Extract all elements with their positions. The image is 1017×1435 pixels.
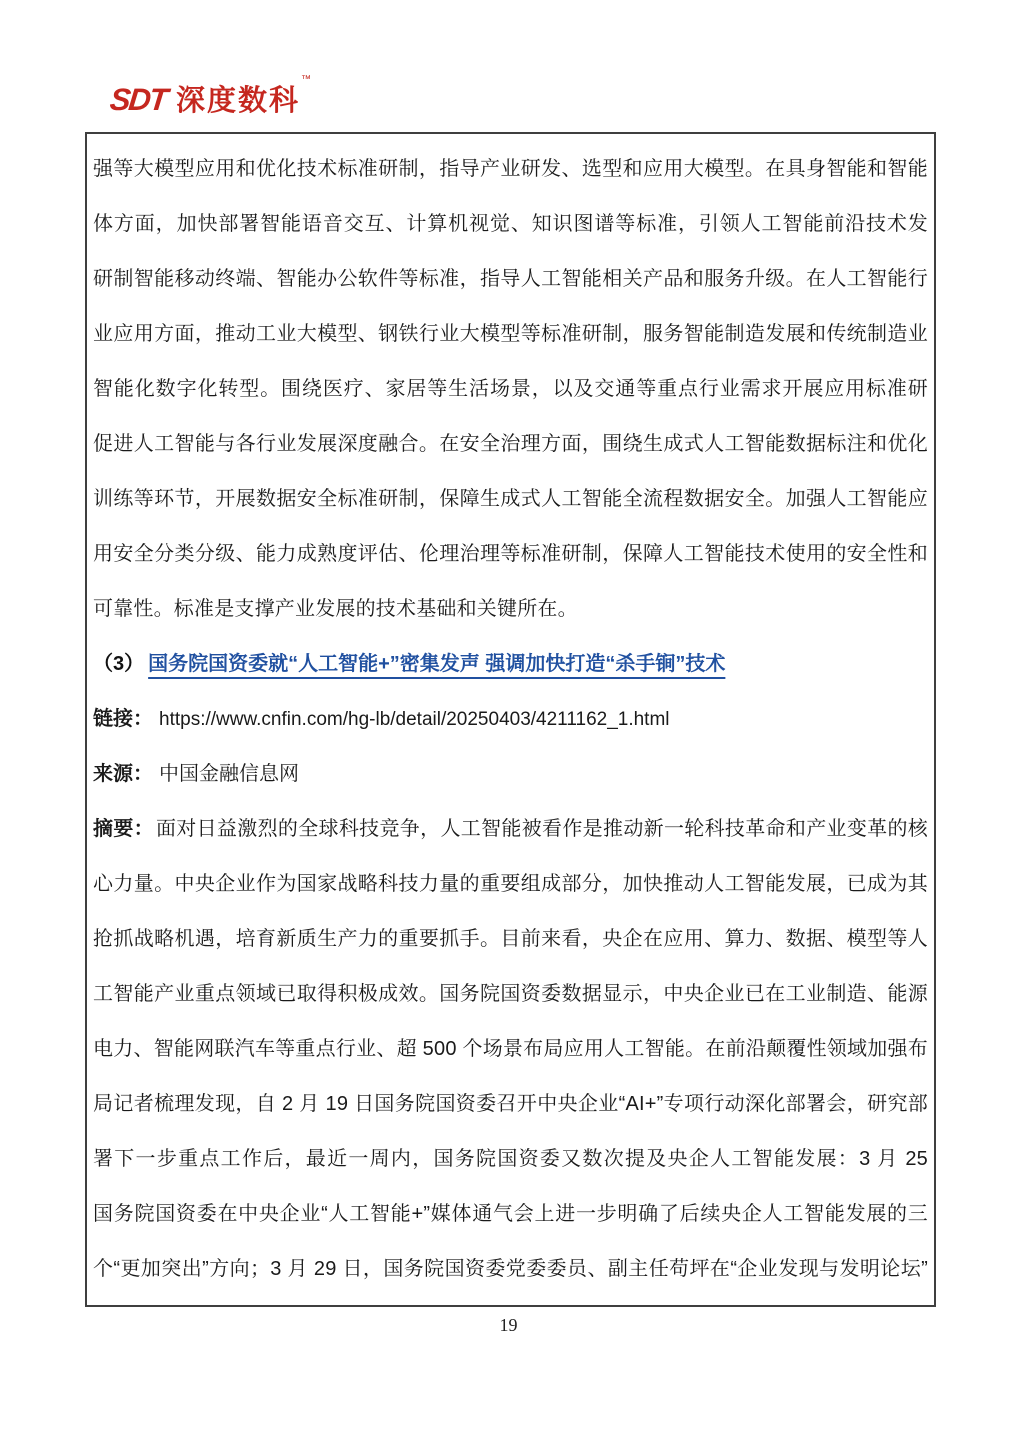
abstract-paragraph: 心力量。中央企业作为国家战略科技力量的重要组成部分，加快推动人工智能发展，已成为… <box>93 857 928 1297</box>
source-row: 来源：中国金融信息网 <box>93 747 928 802</box>
logo-sdt-wordmark: SDT <box>108 82 168 118</box>
company-logo: SDT深度数科™ <box>110 78 310 119</box>
abstract-label: 摘要： <box>93 818 154 840</box>
section-number: （3） <box>93 653 144 675</box>
source-value: 中国金融信息网 <box>159 763 299 785</box>
paragraph-line: 电力、智能网联汽车等重点行业、超 500 个场景布局应用人工智能。在前沿颠覆性领… <box>93 1022 928 1077</box>
paragraph-line: 心力量。中央企业作为国家战略科技力量的重要组成部分，加快推动人工智能发展，已成为… <box>93 857 928 912</box>
paragraph-line: 强等大模型应用和优化技术标准研制，指导产业研发、选型和应用大模型。在具身智能和智… <box>93 142 928 197</box>
paragraph-line: 训练等环节，开展数据安全标准研制，保障生成式人工智能全流程数据安全。加强人工智能… <box>93 472 928 527</box>
paragraph-line: 署下一步重点工作后，最近一周内，国务院国资委又数次提及央企人工智能发展：3 月 … <box>93 1132 928 1187</box>
paragraph-line: 智能化数字化转型。围绕医疗、家居等生活场景，以及交通等重点行业需求开展应用标准研… <box>93 362 928 417</box>
source-label: 来源： <box>93 763 153 785</box>
document-content-box: 强等大模型应用和优化技术标准研制，指导产业研发、选型和应用大模型。在具身智能和智… <box>85 132 936 1307</box>
link-label: 链接： <box>93 708 153 730</box>
paragraph-line: 局记者梳理发现，自 2 月 19 日国务院国资委召开中央企业“AI+”专项行动深… <box>93 1077 928 1132</box>
paragraph-line: 个“更加突出”方向；3 月 29 日，国务院国资委党委委员、副主任苟坪在“企业发… <box>93 1242 928 1297</box>
page-number: 19 <box>0 1315 1017 1336</box>
paragraph-line: 国务院国资委在中央企业“人工智能+”媒体通气会上进一步明确了后续央企人工智能发展… <box>93 1187 928 1242</box>
paragraph-line: 促进人工智能与各行业发展深度融合。在安全治理方面，围绕生成式人工智能数据标注和优… <box>93 417 928 472</box>
paragraph-line: 可靠性。标准是支撑产业发展的技术基础和关键所在。 <box>93 582 928 637</box>
paragraph-line: 业应用方面，推动工业大模型、钢铁行业大模型等标准研制，服务智能制造发展和传统制造… <box>93 307 928 362</box>
paragraph-line: 抢抓战略机遇，培育新质生产力的重要抓手。目前来看，央企在应用、算力、数据、模型等… <box>93 912 928 967</box>
link-row: 链接：https://www.cnfin.com/hg-lb/detail/20… <box>93 692 928 747</box>
paragraph-line: 用安全分类分级、能力成熟度评估、伦理治理等标准研制，保障人工智能技术使用的安全性… <box>93 527 928 582</box>
logo-chinese-name: 深度数科 <box>176 85 300 117</box>
trademark-symbol: ™ <box>301 74 311 85</box>
paragraph-line: 工智能产业重点领域已取得积极成效。国务院国资委数据显示，中央企业已在工业制造、能… <box>93 967 928 1022</box>
body-paragraph: 强等大模型应用和优化技术标准研制，指导产业研发、选型和应用大模型。在具身智能和智… <box>93 142 928 637</box>
article-url: https://www.cnfin.com/hg-lb/detail/20250… <box>159 709 670 730</box>
paragraph-line: 研制智能移动终端、智能办公软件等标准，指导人工智能相关产品和服务升级。在人工智能… <box>93 252 928 307</box>
abstract-first-text: 面对日益激烈的全球科技竞争，人工智能被看作是推动新一轮科技革命和产业变革的核 <box>156 818 928 840</box>
abstract-first-line: 摘要：面对日益激烈的全球科技竞争，人工智能被看作是推动新一轮科技革命和产业变革的… <box>93 802 928 857</box>
section-heading: （3）国务院国资委就“人工智能+”密集发声 强调加快打造“杀手锏”技术 <box>93 637 928 692</box>
paragraph-line: 体方面，加快部署智能语音交互、计算机视觉、知识图谱等标准，引领人工智能前沿技术发… <box>93 197 928 252</box>
article-title-link[interactable]: 国务院国资委就“人工智能+”密集发声 强调加快打造“杀手锏”技术 <box>148 653 725 675</box>
